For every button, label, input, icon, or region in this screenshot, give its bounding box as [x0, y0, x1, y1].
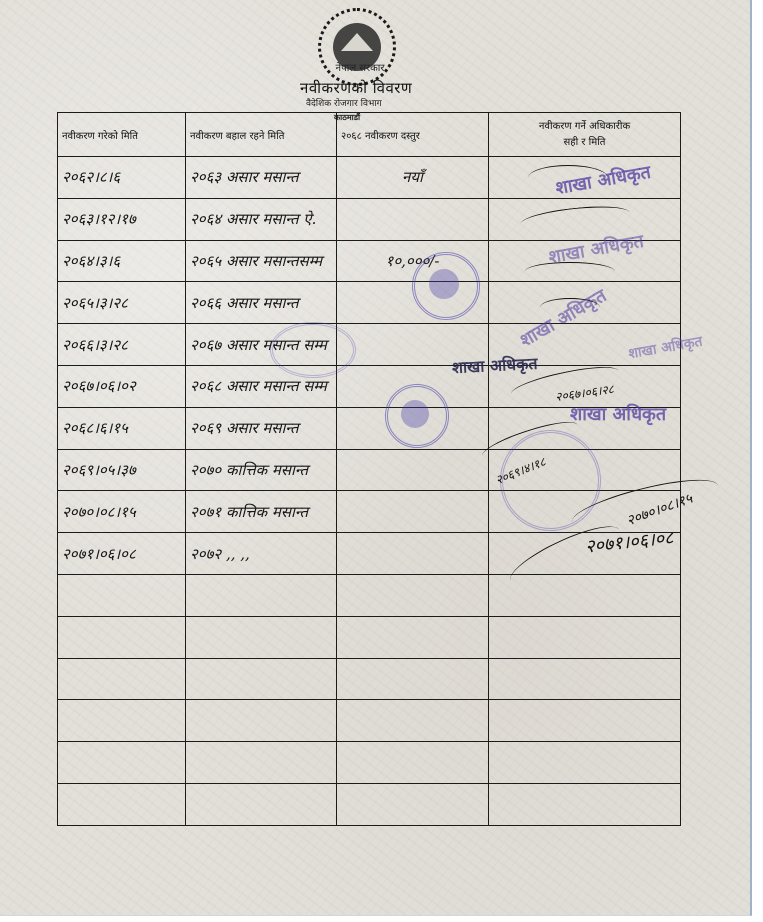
table-row: [58, 742, 681, 784]
cell-renewed-on: [58, 574, 186, 616]
cell-fee: [337, 700, 489, 742]
table-row: [58, 783, 681, 825]
cell-valid-until: २०७१ कात्तिक मसान्त: [186, 491, 337, 533]
column-header-line1: नवीकरण गर्ने अधिकारीक: [493, 119, 676, 135]
cell-signature: [489, 783, 681, 825]
cell-renewed-on: २०६९।०५।३७: [58, 449, 186, 491]
cell-renewed-on: [58, 742, 186, 784]
signature-mark: [525, 262, 615, 281]
cell-valid-until: २०६९ असार मसान्त: [186, 407, 337, 449]
cell-valid-until: [186, 742, 337, 784]
cell-fee: नयाँ: [337, 157, 489, 199]
cell-valid-until: [186, 658, 337, 700]
cell-signature: [489, 742, 681, 784]
cell-renewed-on: २०७०।०८।१५: [58, 491, 186, 533]
office-title-stamp: शाखा अधिकृत: [451, 352, 537, 378]
government-emblem-icon: [318, 8, 396, 86]
cell-renewed-on: २०६२।८।६: [58, 157, 186, 199]
cell-fee: [337, 658, 489, 700]
cell-renewed-on: २०६७।०६।०२: [58, 365, 186, 407]
column-header-renewed-on: नवीकरण गरेको मिति: [58, 113, 186, 157]
cell-fee: [337, 742, 489, 784]
cell-signature: [489, 658, 681, 700]
cell-valid-until: [186, 616, 337, 658]
cell-valid-until: [186, 783, 337, 825]
table-header-row: नवीकरण गरेको मिति नवीकरण बहाल रहने मिति …: [58, 113, 681, 157]
cell-signature: [489, 616, 681, 658]
official-round-stamp: [412, 252, 480, 320]
office-title-stamp: शाखा अधिकृत: [570, 402, 666, 426]
column-header-authority-signature: नवीकरण गर्ने अधिकारीक सही र मिति: [489, 113, 681, 157]
cell-renewed-on: [58, 616, 186, 658]
cell-fee: [337, 533, 489, 575]
cell-fee: [337, 783, 489, 825]
cell-valid-until: २०६६ असार मसान्त: [186, 282, 337, 324]
column-header-valid-until: नवीकरण बहाल रहने मिति: [186, 113, 337, 157]
cell-valid-until: २०६३ असार मसान्त: [186, 157, 337, 199]
cell-renewed-on: २०६४।३।६: [58, 240, 186, 282]
cell-renewed-on: २०६८।६।१५: [58, 407, 186, 449]
cell-renewed-on: [58, 783, 186, 825]
table-row: [58, 616, 681, 658]
cell-fee: [337, 574, 489, 616]
table-row: [58, 574, 681, 616]
column-header-line2: सही र मिति: [493, 135, 676, 151]
cell-renewed-on: २०६५।३।२८: [58, 282, 186, 324]
official-round-stamp: [270, 322, 356, 378]
cell-valid-until: २०७० कात्तिक मसान्त: [186, 449, 337, 491]
document-paper: नेपाल सरकार नवीकरणको विवरण वैदेशिक रोजगा…: [0, 0, 752, 916]
cell-renewed-on: [58, 700, 186, 742]
cell-fee: [337, 449, 489, 491]
cell-valid-until: [186, 574, 337, 616]
cell-fee: [337, 491, 489, 533]
official-round-stamp: [385, 384, 449, 448]
cell-renewed-on: २०७१।०६।०८: [58, 533, 186, 575]
office-line: वैदेशिक रोजगार विभाग: [306, 96, 382, 109]
cell-renewed-on: २०६३।१२।१७: [58, 198, 186, 240]
table-row: [58, 658, 681, 700]
table-row: २०६६।३।२८२०६७ असार मसान्त सम्म: [58, 324, 681, 366]
signature-mark: [540, 298, 600, 317]
cell-fee: [337, 198, 489, 240]
cell-renewed-on: २०६६।३।२८: [58, 324, 186, 366]
cell-signature: [489, 700, 681, 742]
cell-valid-until: २०६५ असार मसान्तसम्म: [186, 240, 337, 282]
document-title: नवीकरणको विवरण: [300, 78, 412, 98]
cell-valid-until: २०६४ असार मसान्त ऐ.: [186, 198, 337, 240]
cell-valid-until: २०७२ ,, ,,: [186, 533, 337, 575]
cell-valid-until: [186, 700, 337, 742]
emblem-arc-text: नेपाल सरकार: [290, 60, 430, 74]
signature-mark: [528, 165, 608, 191]
table-row: [58, 700, 681, 742]
cell-renewed-on: [58, 658, 186, 700]
cell-fee: [337, 616, 489, 658]
column-header-fee: २०६८ नवीकरण दस्तुर: [337, 113, 489, 157]
